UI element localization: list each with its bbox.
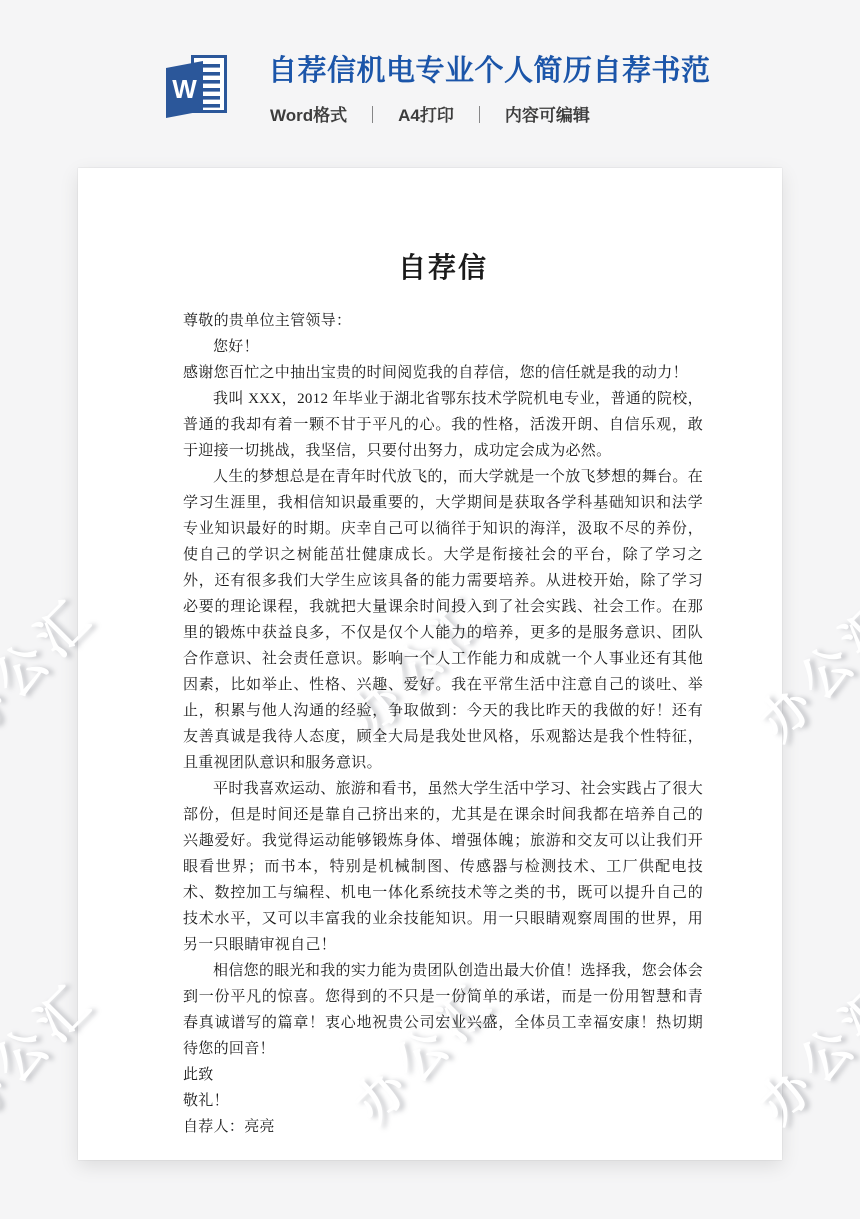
meta-editable: 内容可编辑	[505, 101, 590, 126]
meta-separator: ｜	[471, 101, 488, 126]
letter-title: 自荐信	[183, 250, 703, 288]
meta-format: Word格式	[270, 101, 347, 126]
letter-paragraph: 此致	[183, 1062, 703, 1088]
letter-body: 自荐信 尊敬的贵单位主管领导：您好！感谢您百忙之中抽出宝贵的时间阅览我的自荐信，…	[78, 168, 782, 1140]
letter-paragraph: 我叫 XXX，2012 年毕业于湖北省鄂东技术学院机电专业，普通的院校，普通的我…	[183, 386, 703, 464]
letter-paragraph: 感谢您百忙之中抽出宝贵的时间阅览我的自荐信，您的信任就是我的动力！	[183, 360, 703, 386]
letter-paragraph: 自荐人：亮亮	[183, 1114, 703, 1140]
word-file-icon: W	[163, 53, 229, 121]
letter-paragraph: 相信您的眼光和我的实力能为贵团队创造出最大价值！选择我，您会体会到一份平凡的惊喜…	[183, 958, 703, 1062]
document-page: 自荐信 尊敬的贵单位主管领导：您好！感谢您百忙之中抽出宝贵的时间阅览我的自荐信，…	[78, 168, 782, 1160]
document-title-link[interactable]: 自荐信机电专业个人简历自荐书范	[268, 48, 828, 89]
letter-paragraph: 敬礼！	[183, 1088, 703, 1114]
letter-paragraph: 平时我喜欢运动、旅游和看书，虽然大学生活中学习、社会实践占了很大部份，但是时间还…	[183, 776, 703, 958]
document-header: W 自荐信机电专业个人简历自荐书范 Word格式 ｜ A4打印 ｜ 内容可编辑	[0, 0, 860, 140]
letter-paragraphs: 尊敬的贵单位主管领导：您好！感谢您百忙之中抽出宝贵的时间阅览我的自荐信，您的信任…	[183, 308, 703, 1140]
meta-separator: ｜	[364, 101, 381, 126]
letter-paragraph: 人生的梦想总是在青年时代放飞的，而大学就是一个放飞梦想的舞台。在学习生涯里，我相…	[183, 464, 703, 776]
document-meta: Word格式 ｜ A4打印 ｜ 内容可编辑	[270, 101, 590, 126]
meta-print: A4打印	[398, 101, 454, 126]
svg-text:W: W	[172, 74, 197, 104]
letter-paragraph: 您好！	[183, 334, 703, 360]
letter-paragraph: 尊敬的贵单位主管领导：	[183, 308, 703, 334]
